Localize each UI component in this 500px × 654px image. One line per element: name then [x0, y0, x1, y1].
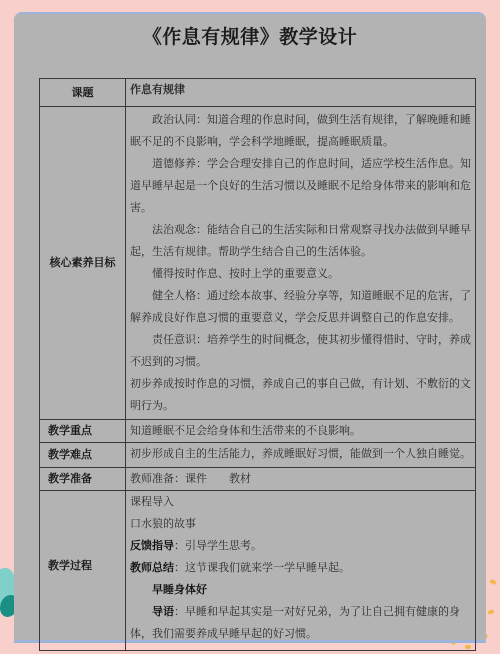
preparation-value: 教师准备：课件 教材: [126, 468, 476, 491]
lesson-plan-table: 课题 作息有规律 核心素养目标 政治认同：知道合理的作息时间，做到生活有规律，了…: [39, 78, 476, 651]
process-summary: 教师总结：这节课我们就来学一学早睡早起。: [130, 557, 471, 579]
table-row-key-point: 教学重点 知道睡眠不足会给身体和生活带来的不良影响。: [40, 420, 476, 443]
decorative-confetti: [487, 609, 494, 615]
guide-text: ：早睡和早起其实是一对好兄弟，为了让自己拥有健康的身体，我们需要养成早睡早起的好…: [130, 605, 460, 640]
goal-paragraph-political: 政治认同：知道合理的作息时间，做到生活有规律，了解晚睡和睡眠不足的不良影响，学会…: [130, 109, 471, 153]
key-point-value: 知道睡眠不足会给身体和生活带来的不良影响。: [126, 420, 476, 443]
topic-label: 课题: [40, 79, 126, 107]
topic-value: 作息有规律: [126, 79, 476, 107]
table-row-difficulty: 教学难点 初步形成自主的生活能力，养成睡眠好习惯，能做到一个人独自睡觉。: [40, 443, 476, 468]
difficulty-value: 初步形成自主的生活能力，养成睡眠好习惯，能做到一个人独自睡觉。: [126, 443, 476, 468]
feedback-label: 反馈指导: [130, 539, 174, 552]
section-heading: 早睡身体好: [130, 579, 471, 601]
goal-paragraph-meaning: 懂得按时作息、按时上学的重要意义。: [130, 263, 471, 285]
table-row-core-goals: 核心素养目标 政治认同：知道合理的作息时间，做到生活有规律，了解晚睡和睡眠不足的…: [40, 107, 476, 420]
goal-paragraph-personality: 健全人格：通过绘本故事、经验分享等，知道睡眠不足的危害，了解养成良好作息习惯的重…: [130, 285, 471, 329]
decorative-confetti: [489, 579, 496, 585]
process-feedback: 反馈指导：引导学生思考。: [130, 535, 471, 557]
document-title: 《作息有规律》教学设计: [14, 22, 486, 49]
process-guide: 导语：早睡和早起其实是一对好兄弟，为了让自己拥有健康的身体，我们需要养成早睡早起…: [130, 601, 471, 645]
goal-paragraph-habit: 初步养成按时作息的习惯，养成自己的事自己做，有计划、不敷衍的文明行为。: [130, 373, 471, 417]
process-intro: 课程导入: [130, 491, 471, 513]
summary-text: ：这节课我们就来学一学早睡早起。: [174, 561, 350, 574]
table-row-process: 教学过程 课程导入 口水狼的故事 反馈指导：引导学生思考。 教师总结：这节课我们…: [40, 491, 476, 651]
process-story: 口水狼的故事: [130, 513, 471, 535]
table-row-preparation: 教学准备 教师准备：课件 教材: [40, 468, 476, 491]
summary-label: 教师总结: [130, 561, 174, 574]
goal-paragraph-responsibility: 责任意识：培养学生的时间概念，使其初步懂得惜时、守时，养成不迟到的习惯。: [130, 329, 471, 373]
process-label: 教学过程: [40, 491, 126, 651]
preparation-label: 教学准备: [40, 468, 126, 491]
core-goals-label: 核心素养目标: [40, 107, 126, 420]
table-row-topic: 课题 作息有规律: [40, 79, 476, 107]
goal-paragraph-law: 法治观念：能结合自己的生活实际和日常观察寻找办法做到早睡早起，生活有规律。帮助学…: [130, 219, 471, 263]
feedback-text: ：引导学生思考。: [174, 539, 262, 552]
core-goals-content: 政治认同：知道合理的作息时间，做到生活有规律，了解晚睡和睡眠不足的不良影响，学会…: [126, 107, 476, 420]
goal-paragraph-moral: 道德修养：学会合理安排自己的作息时间，适应学校生活作息。知道早睡早起是一个良好的…: [130, 153, 471, 219]
difficulty-label: 教学难点: [40, 443, 126, 468]
document-page: 《作息有规律》教学设计 课题 作息有规律 核心素养目标 政治认同：知道合理的作息…: [14, 12, 486, 640]
key-point-label: 教学重点: [40, 420, 126, 443]
process-content: 课程导入 口水狼的故事 反馈指导：引导学生思考。 教师总结：这节课我们就来学一学…: [126, 491, 476, 651]
guide-label: 导语: [152, 605, 174, 618]
